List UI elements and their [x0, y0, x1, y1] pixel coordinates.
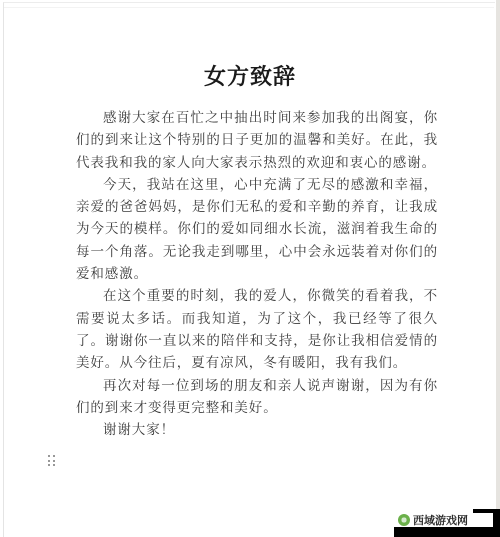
drag-dot — [53, 464, 55, 466]
page-top-border — [4, 7, 494, 8]
drag-dot — [48, 455, 50, 457]
drag-handle-icon[interactable] — [48, 455, 56, 467]
leaf-globe-logo-icon — [398, 514, 410, 526]
paragraph-parents: 今天，我站在这里，心中充满了无尽的感激和幸福，亲爱的爸爸妈妈，是你们无私的爱和辛… — [76, 174, 438, 285]
watermark-logo: 西域游戏网 — [398, 513, 493, 527]
paragraph-thanks: 感谢大家在百忙之中抽出时间来参加我的出阁宴，你们的到来让这个特别的日子更加的温馨… — [76, 107, 438, 174]
document-body: 感谢大家在百忙之中抽出时间来参加我的出阁宴，你们的到来让这个特别的日子更加的温馨… — [76, 107, 438, 441]
drag-dot — [48, 464, 50, 466]
drag-dot — [53, 455, 55, 457]
site-watermark: 西域游戏网 — [398, 513, 500, 537]
document-title: 女方致辞 — [0, 60, 500, 91]
drag-dot — [48, 460, 50, 462]
watermark-text: 西域游戏网 — [413, 512, 468, 528]
paragraph-partner: 在这个重要的时刻，我的爱人，你微笑的看着我，不需要说太多话。而我知道，为了这个，… — [76, 285, 438, 374]
paragraph-closing: 谢谢大家！ — [76, 419, 438, 441]
watermark-black-bar — [394, 527, 500, 537]
drag-dot — [53, 460, 55, 462]
paragraph-guests: 再次对每一位到场的朋友和亲人说声谢谢，因为有你们的到来才变得更完整和美好。 — [76, 375, 438, 420]
